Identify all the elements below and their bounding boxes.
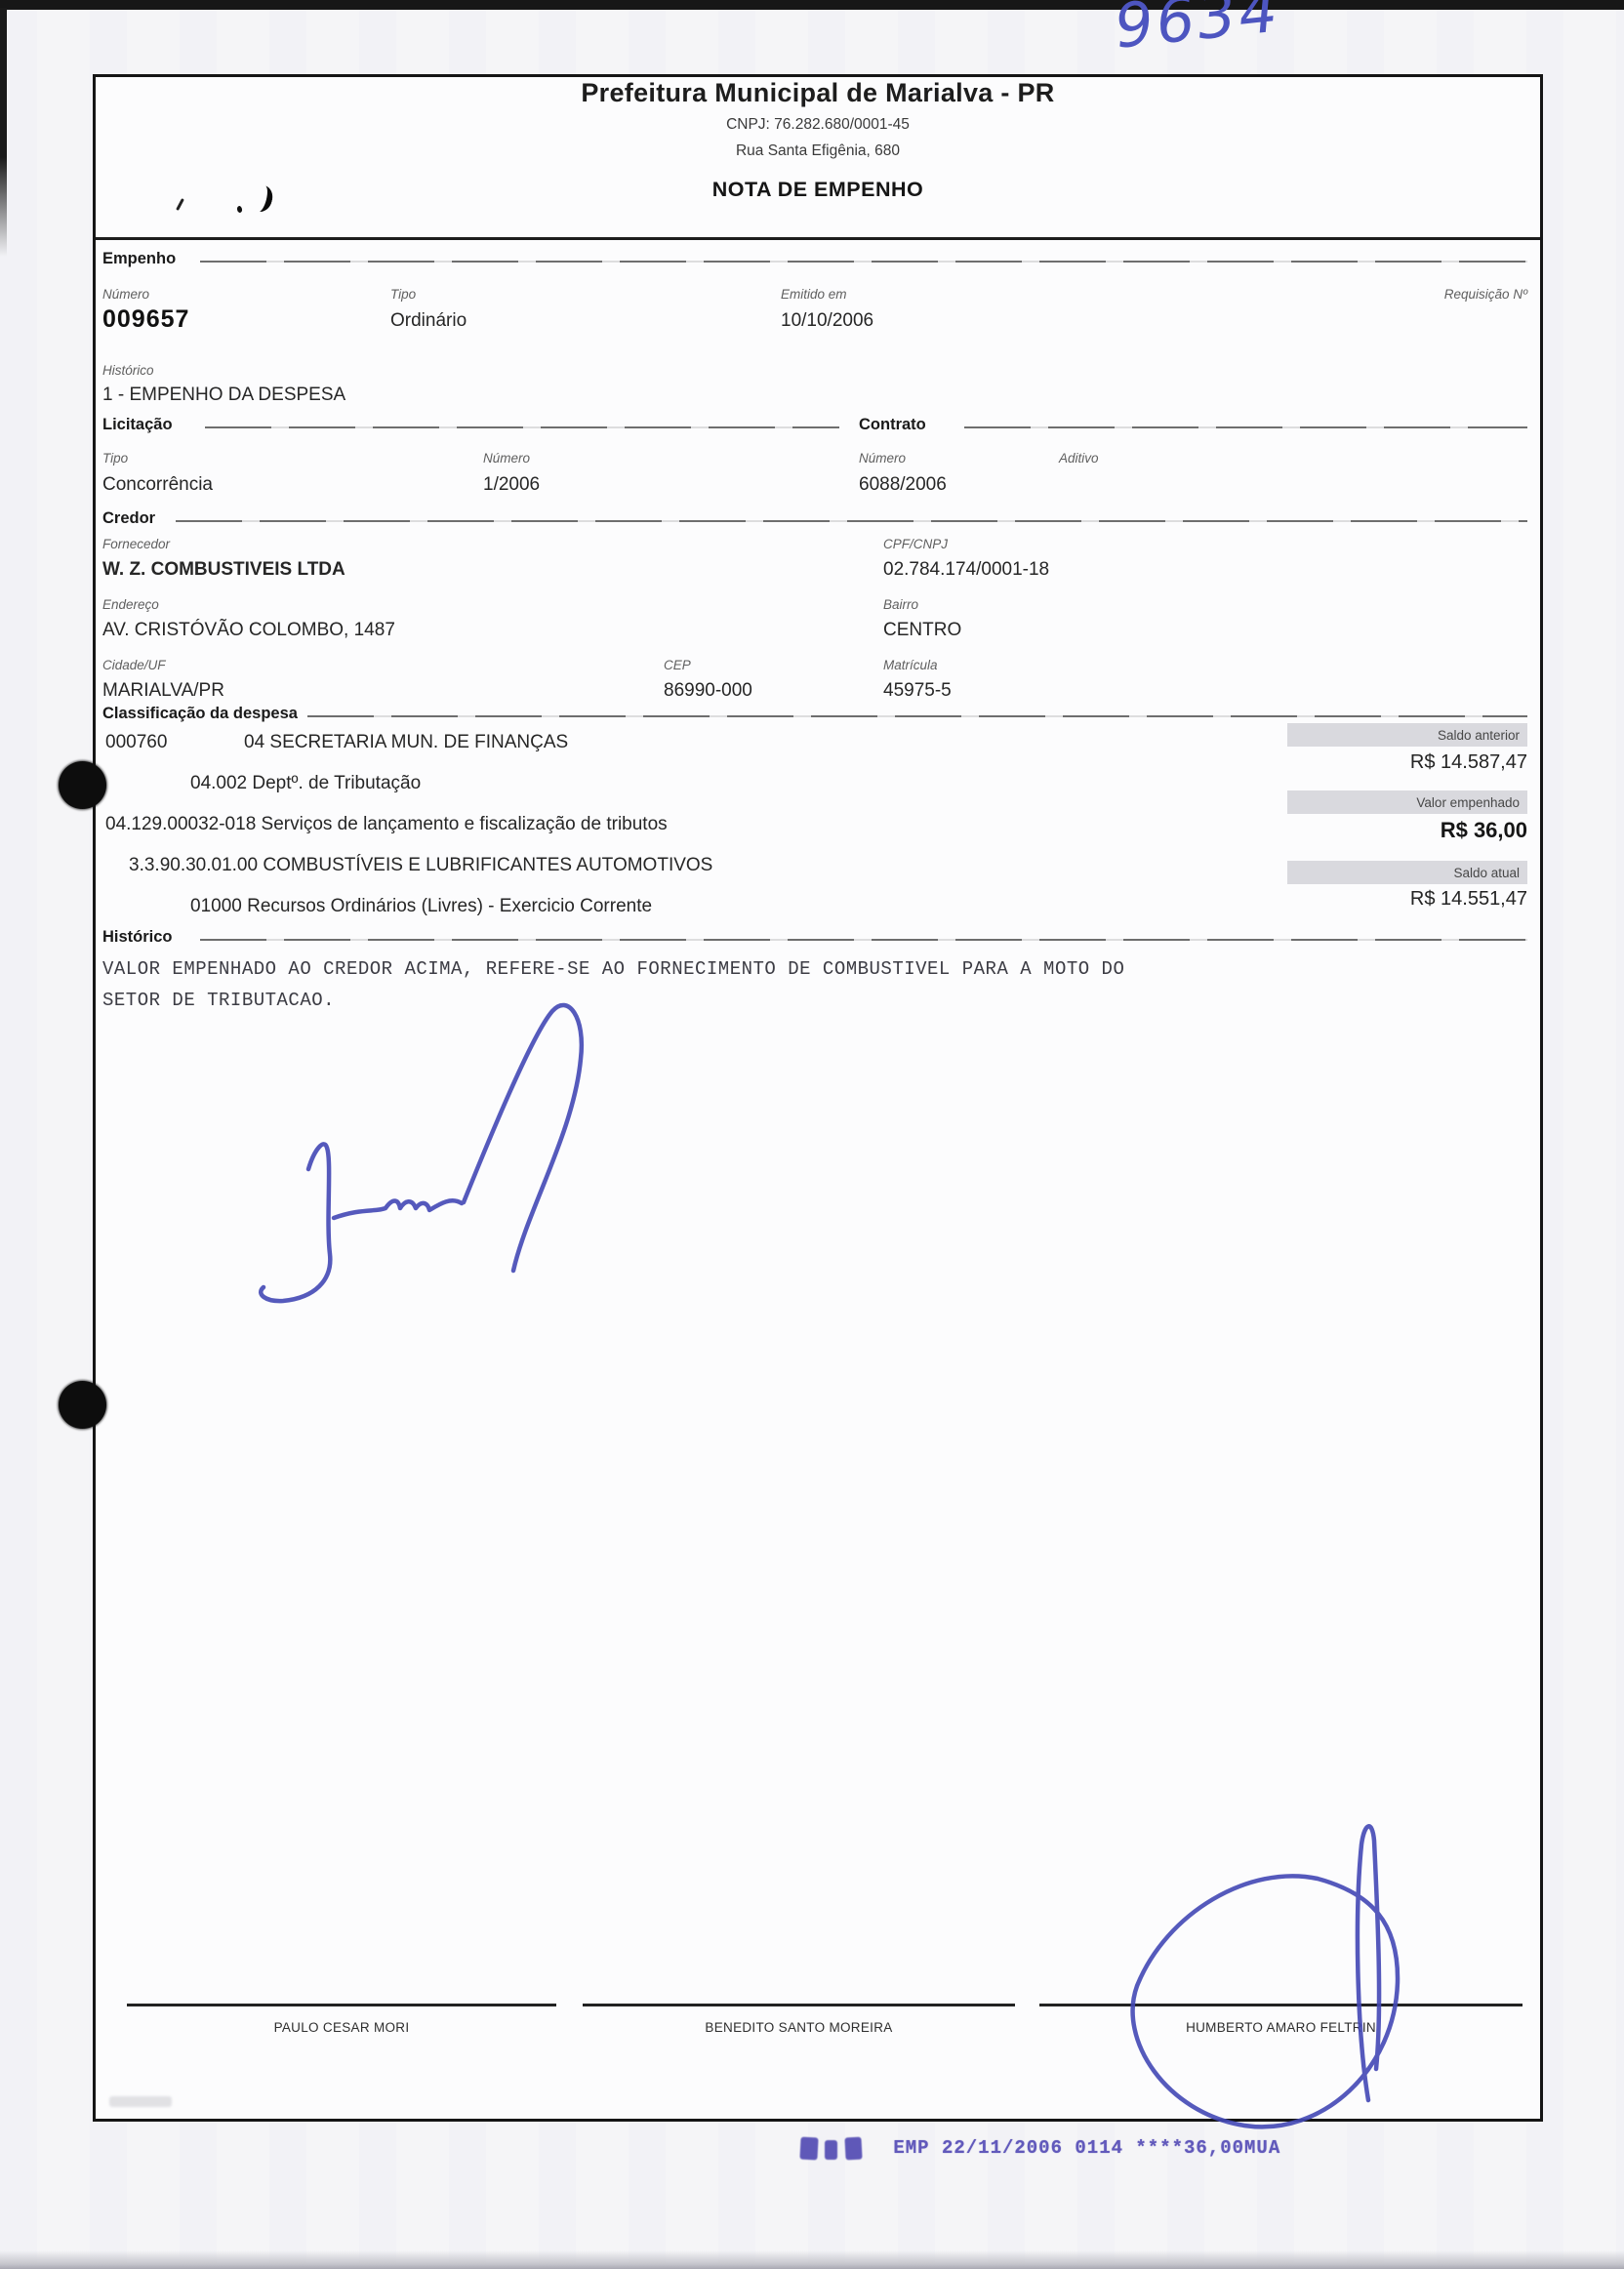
empenho-requisicao-label: Requisição Nº bbox=[1298, 287, 1527, 302]
licitacao-numero-label: Número bbox=[483, 451, 530, 466]
saldo-anterior-value: R$ 14.587,47 bbox=[1235, 751, 1527, 774]
credor-cidade-value: MARIALVA/PR bbox=[102, 680, 224, 702]
contrato-numero-label: Número bbox=[859, 451, 906, 466]
header-divider bbox=[96, 237, 1540, 240]
classificacao-org-name: 04 SECRETARIA MUN. DE FINANÇAS bbox=[244, 732, 568, 753]
licitacao-tipo-label: Tipo bbox=[102, 451, 128, 466]
classificacao-dept: 04.002 Deptº. de Tributação bbox=[190, 773, 421, 794]
section-contrato-label: Contrato bbox=[859, 416, 926, 434]
credor-matricula-label: Matrícula bbox=[883, 658, 938, 672]
empenho-historico-value: 1 - EMPENHO DA DESPESA bbox=[102, 385, 345, 406]
empenho-numero-label: Número bbox=[102, 287, 149, 302]
stamp-logo-icon bbox=[800, 2147, 866, 2164]
saldo-anterior-bar: Saldo anterior bbox=[1287, 723, 1527, 747]
section-empenho-label: Empenho bbox=[102, 250, 176, 268]
credor-cidade-label: Cidade/UF bbox=[102, 658, 166, 672]
scan-smudge bbox=[109, 2096, 172, 2107]
handwritten-page-number: 9634 bbox=[1112, 0, 1283, 62]
classificacao-activity: 04.129.00032-018 Serviços de lançamento … bbox=[105, 814, 668, 835]
empenho-tipo-label: Tipo bbox=[390, 287, 416, 302]
credor-fornecedor-value: W. Z. COMBUSTIVEIS LTDA bbox=[102, 559, 345, 581]
header-cnpj: CNPJ: 76.282.680/0001-45 bbox=[93, 116, 1543, 134]
valor-empenhado-bar: Valor empenhado bbox=[1287, 790, 1527, 814]
section-licitacao-label: Licitação bbox=[102, 416, 173, 434]
empenho-emitido-label: Emitido em bbox=[781, 287, 847, 302]
credor-cep-value: 86990-000 bbox=[664, 680, 752, 702]
contrato-aditivo-label: Aditivo bbox=[1059, 451, 1099, 466]
credor-bairro-label: Bairro bbox=[883, 597, 918, 612]
saldo-atual-bar: Saldo atual bbox=[1287, 861, 1527, 884]
section-historico-label: Histórico bbox=[102, 928, 173, 947]
credor-cpfcnpj-label: CPF/CNPJ bbox=[883, 537, 948, 551]
empenho-historico-label: Histórico bbox=[102, 363, 154, 378]
scanned-page: 9634 Prefeitura Municipal de Marialva - … bbox=[0, 0, 1624, 2269]
section-contrato-rule bbox=[964, 426, 1527, 428]
signature-line-1 bbox=[127, 2004, 556, 2006]
empenho-emitido-value: 10/10/2006 bbox=[781, 310, 873, 332]
document-title: NOTA DE EMPENHO bbox=[93, 178, 1543, 202]
scan-bottom-edge bbox=[0, 2250, 1624, 2269]
hole-punch-mark bbox=[59, 761, 106, 809]
empenho-tipo-value: Ordinário bbox=[390, 310, 467, 332]
section-historico-rule bbox=[200, 939, 1527, 941]
stamp-text: EMP 22/11/2006 0114 ****36,00MUA bbox=[893, 2137, 1280, 2159]
section-credor-rule bbox=[176, 520, 1527, 522]
credor-endereco-value: AV. CRISTÓVÃO COLOMBO, 1487 bbox=[102, 620, 395, 641]
signer-name-1: PAULO CESAR MORI bbox=[127, 2020, 556, 2035]
section-classificacao-rule bbox=[307, 715, 1527, 717]
saldo-anterior-label: Saldo anterior bbox=[1438, 728, 1520, 743]
classificacao-source: 01000 Recursos Ordinários (Livres) - Exe… bbox=[190, 896, 652, 917]
empenho-numero-value: 009657 bbox=[102, 305, 189, 334]
section-classificacao-label: Classificação da despesa bbox=[102, 705, 298, 723]
scan-top-edge bbox=[0, 0, 1624, 10]
licitacao-tipo-value: Concorrência bbox=[102, 474, 213, 496]
credor-endereco-label: Endereço bbox=[102, 597, 159, 612]
valor-empenhado-value: R$ 36,00 bbox=[1235, 818, 1527, 843]
signature-ink-bottom bbox=[1113, 1718, 1444, 2167]
credor-matricula-value: 45975-5 bbox=[883, 680, 952, 702]
hole-punch-mark bbox=[59, 1381, 106, 1429]
signature-line-2 bbox=[583, 2004, 1015, 2006]
section-credor-label: Credor bbox=[102, 509, 155, 528]
contrato-numero-value: 6088/2006 bbox=[859, 474, 947, 496]
section-licitacao-rule bbox=[205, 426, 839, 428]
scan-left-edge bbox=[0, 8, 7, 257]
valor-empenhado-label: Valor empenhado bbox=[1416, 795, 1520, 810]
credor-bairro-value: CENTRO bbox=[883, 620, 961, 641]
classificacao-element: 3.3.90.30.01.00 COMBUSTÍVEIS E LUBRIFICA… bbox=[129, 855, 712, 876]
footer-stamp: EMP 22/11/2006 0114 ****36,00MUA bbox=[800, 2137, 1280, 2165]
classificacao-org-code: 000760 bbox=[105, 732, 167, 753]
saldo-atual-label: Saldo atual bbox=[1453, 866, 1520, 880]
header-address: Rua Santa Efigênia, 680 bbox=[93, 142, 1543, 160]
credor-fornecedor-label: Fornecedor bbox=[102, 537, 170, 551]
credor-cep-label: CEP bbox=[664, 658, 691, 672]
signer-name-2: BENEDITO SANTO MOREIRA bbox=[583, 2020, 1015, 2035]
licitacao-numero-value: 1/2006 bbox=[483, 474, 540, 496]
header-title: Prefeitura Municipal de Marialva - PR bbox=[93, 78, 1543, 108]
section-empenho-rule bbox=[200, 261, 1527, 263]
saldo-atual-value: R$ 14.551,47 bbox=[1235, 888, 1527, 911]
credor-cpfcnpj-value: 02.784.174/0001-18 bbox=[883, 559, 1049, 581]
signature-ink-center bbox=[224, 976, 634, 1327]
